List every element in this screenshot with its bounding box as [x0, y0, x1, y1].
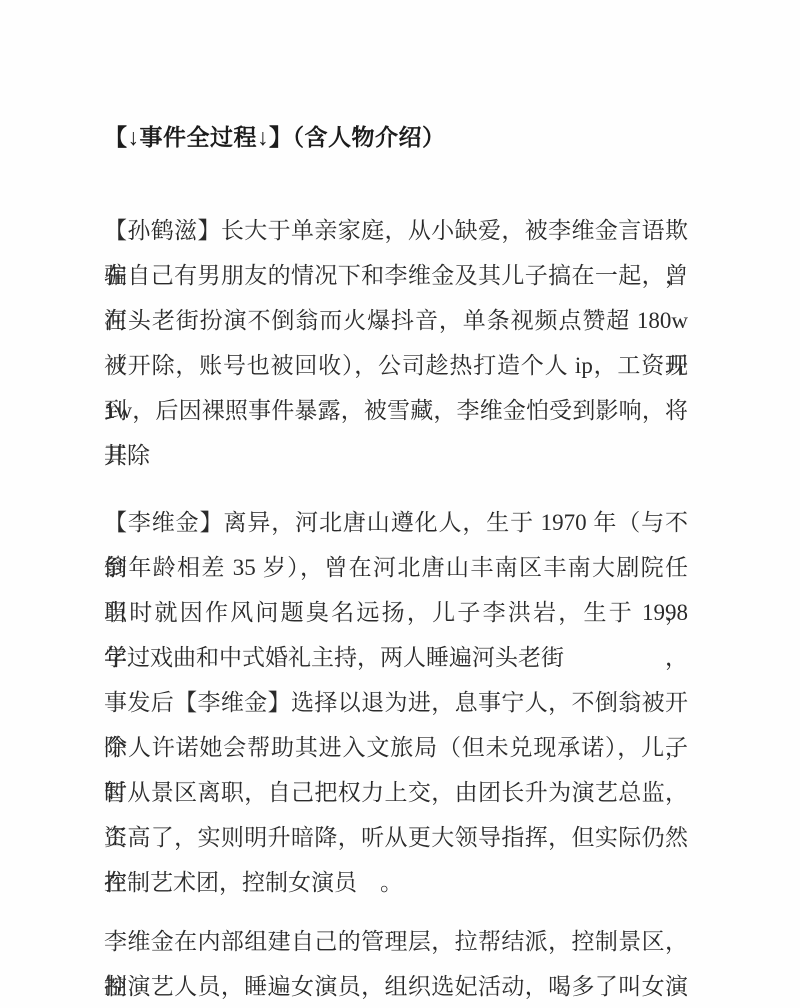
document-title: 【↓事件全过程↓】（含人物介绍） [104, 120, 688, 156]
text-line: 个人许诺她会帮助其进入文旅局（但未兑现承诺），儿子暂 [104, 725, 688, 770]
text-line: 控制艺术团，控制女演员 。 [104, 860, 688, 905]
text-line: 时从景区离职，自己把权力上交，由团长升为演艺总监，工 [104, 770, 688, 815]
text-line: 资高了，实则明升暗降，听从更大领导指挥，但实际仍然在 [104, 815, 688, 860]
text-line: 开除 [104, 433, 688, 478]
text-line: 在自己有男朋友的情况下和李维金及其儿子搞在一起，曾在 [104, 253, 688, 298]
text-line: 河头老街扮演不倒翁而火爆抖音，单条视频点赞超 180w（现 [104, 298, 688, 343]
text-line: 当时就因作风问题臭名远扬，儿子李洪岩，生于 1998 年， [104, 590, 688, 635]
paragraph-li-weijin: 【李维金】离异，河北唐山遵化人，生于 1970 年（与不倒 翁年龄相差 35 岁… [104, 500, 688, 905]
text-line: 制演艺人员，睡遍女演员，组织选妃活动，喝多了叫女演员 [104, 964, 688, 1008]
document-content: 【↓事件全过程↓】（含人物介绍） 【孙鹤滋】长大于单亲家庭，从小缺爱，被李维金言… [0, 120, 800, 1008]
paragraph-li-weijin-management: 李维金在内部组建自己的管理层，拉帮结派，控制景区，控 制演艺人员，睡遍女演员，组… [104, 919, 688, 1008]
text-line: 翁年龄相差 35 岁），曾在河北唐山丰南区丰南大剧院任职， [104, 545, 688, 590]
document-page: 【↓事件全过程↓】（含人物介绍） 【孙鹤滋】长大于单亲家庭，从小缺爱，被李维金言… [0, 0, 800, 1008]
text-line: 【李维金】离异，河北唐山遵化人，生于 1970 年（与不倒 [104, 500, 688, 545]
text-line: 1w，后因裸照事件暴露，被雪藏，李维金怕受到影响，将其 [104, 388, 688, 433]
text-line: 【孙鹤滋】长大于单亲家庭，从小缺爱，被李维金言语欺骗， [104, 208, 688, 253]
paragraph-sun-hezi: 【孙鹤滋】长大于单亲家庭，从小缺爱，被李维金言语欺骗， 在自己有男朋友的情况下和… [104, 208, 688, 478]
text-line: 李维金在内部组建自己的管理层，拉帮结派，控制景区，控 [104, 919, 688, 964]
text-line: 事发后【李维金】选择以退为进，息事宁人，不倒翁被开除， [104, 680, 688, 725]
text-line: 被开除，账号也被回收），公司趁热打造个人 ip，工资开到 [104, 343, 688, 388]
